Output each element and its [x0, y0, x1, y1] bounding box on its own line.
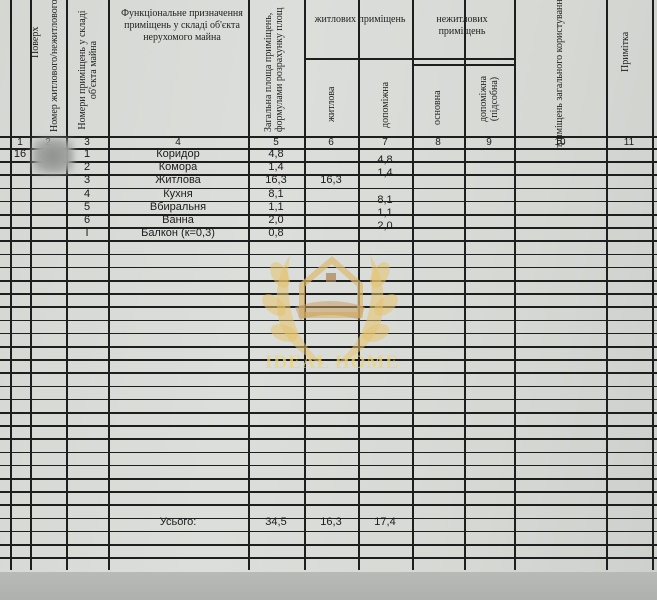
header-sub-living: житлова [326, 87, 337, 122]
column-number: 10 [514, 136, 606, 149]
header-room-no: Номери приміщень у складі об'єкта майна [77, 2, 99, 138]
room-purpose: Коридор [108, 148, 248, 161]
header-sub-auxiliary: допоміжна [380, 82, 391, 128]
column-divider [66, 0, 68, 570]
header-apartment-no: Номер житлового/нежитлового [49, 0, 60, 132]
row-divider [0, 478, 657, 480]
redacted-apartment-number [32, 138, 74, 174]
row-divider [0, 531, 657, 533]
row-divider [0, 452, 657, 454]
room-number: 6 [66, 214, 108, 227]
room-total-area: 8,1 [248, 188, 304, 201]
row-divider [0, 491, 657, 493]
header-sub-auxiliary-utility: допоміжна (підсобна) [478, 66, 500, 132]
column-divider [248, 0, 250, 570]
header-total-area: Загальна площа приміщень, формулами розр… [263, 2, 285, 132]
column-number: 6 [304, 136, 358, 149]
row-divider [0, 399, 657, 401]
room-total-area: 0,8 [248, 227, 304, 240]
room-purpose: Комора [108, 161, 248, 174]
row-divider [0, 504, 657, 506]
header-purpose: Функціональне призначення приміщень у ск… [112, 8, 252, 44]
column-divider [464, 0, 466, 570]
header-subgroup-divider [304, 58, 514, 60]
column-divider [10, 0, 12, 570]
sheet-edge-shadow [0, 572, 657, 600]
room-purpose: Балкон (к=0,3) [108, 227, 248, 240]
row-divider [0, 465, 657, 467]
totals-total-area: 34,5 [248, 516, 304, 529]
column-number: 9 [464, 136, 514, 149]
totals-label: Усього: [108, 516, 248, 529]
row-divider [0, 425, 657, 427]
room-number: I [66, 227, 108, 240]
column-divider [358, 0, 360, 570]
column-number: 7 [358, 136, 412, 149]
room-auxiliary-area: 2,0 [358, 220, 412, 233]
room-auxiliary-area: 1,4 [358, 167, 412, 180]
header-sub-main: основна [432, 90, 443, 125]
column-divider [304, 0, 306, 570]
row-divider [0, 267, 657, 269]
column-divider [30, 0, 32, 570]
column-divider [514, 0, 516, 570]
room-total-area: 16,3 [248, 174, 304, 187]
watermark-text: IDEAL HOME [262, 352, 402, 374]
room-auxiliary-area: 8,1 [358, 194, 412, 207]
row-divider [0, 306, 657, 308]
room-number: 4 [66, 188, 108, 201]
row-divider [0, 557, 657, 559]
column-number: 11 [606, 136, 652, 149]
row-divider [0, 240, 657, 242]
header-floor: Поверх [30, 27, 41, 58]
floor-number: 16 [10, 148, 30, 161]
room-total-area: 1,4 [248, 161, 304, 174]
room-purpose: Житлова [108, 174, 248, 187]
row-divider [0, 544, 657, 546]
column-divider [412, 0, 414, 570]
room-purpose: Вбиральня [108, 201, 248, 214]
column-divider [652, 0, 654, 570]
row-divider [0, 333, 657, 335]
header-group-nonresidential: нежитлових приміщень [416, 14, 508, 38]
header-common-use: приміщень загального користування [554, 0, 565, 150]
row-divider [0, 386, 657, 388]
row-divider [0, 346, 657, 348]
room-number: 5 [66, 201, 108, 214]
row-divider [0, 412, 657, 414]
column-divider [606, 0, 608, 570]
room-number: 3 [66, 174, 108, 187]
room-total-area: 2,0 [248, 214, 304, 227]
column-number: 8 [412, 136, 464, 149]
totals-living-area: 16,3 [304, 516, 358, 529]
room-living-area: 16,3 [304, 174, 358, 187]
header-notes: Примітка [620, 32, 631, 72]
row-divider [0, 254, 657, 256]
room-purpose: Кухня [108, 188, 248, 201]
row-divider [0, 280, 657, 282]
row-divider [0, 293, 657, 295]
room-auxiliary-area: 4,8 [358, 154, 412, 167]
room-auxiliary-area: 1,1 [358, 207, 412, 220]
row-divider [0, 320, 657, 322]
room-total-area: 4,8 [248, 148, 304, 161]
totals-auxiliary-area: 17,4 [358, 516, 412, 529]
room-purpose: Ванна [108, 214, 248, 227]
header-group-residential: житлових приміщень [306, 14, 414, 26]
column-divider [108, 0, 110, 570]
room-total-area: 1,1 [248, 201, 304, 214]
row-divider [0, 438, 657, 440]
